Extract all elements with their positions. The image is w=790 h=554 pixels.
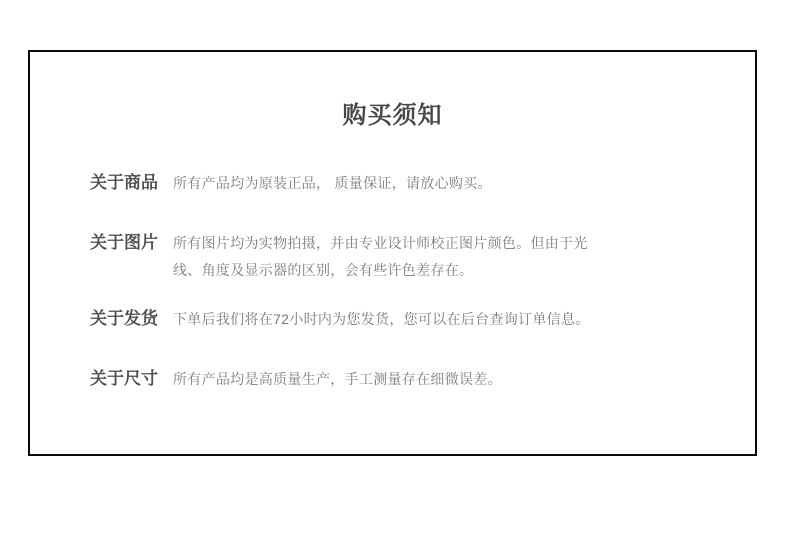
notice-row-products: 关于商品 所有产品均为原装正品， 质量保证，请放心购买。	[90, 170, 715, 197]
purchase-notice-panel: 购买须知 关于商品 所有产品均为原装正品， 质量保证，请放心购买。 关于图片 所…	[28, 50, 757, 456]
notice-text: 所有图片均为实物拍摄，并由专业设计师校正图片颜色。但由于光线、角度及显示器的区别…	[173, 230, 608, 284]
notice-text: 所有产品均是高质量生产，手工测量存在细微误差。	[173, 366, 502, 393]
notice-label: 关于图片	[90, 232, 173, 253]
notice-label: 关于商品	[90, 172, 173, 193]
panel-title: 购买须知	[30, 102, 755, 130]
notice-row-size: 关于尺寸 所有产品均是高质量生产，手工测量存在细微误差。	[90, 366, 715, 393]
notice-row-images: 关于图片 所有图片均为实物拍摄，并由专业设计师校正图片颜色。但由于光线、角度及显…	[90, 230, 715, 284]
notice-row-shipping: 关于发货 下单后我们将在72小时内为您发货，您可以在后台查询订单信息。	[90, 306, 715, 333]
notice-text: 下单后我们将在72小时内为您发货，您可以在后台查询订单信息。	[173, 306, 590, 333]
notice-text: 所有产品均为原装正品， 质量保证，请放心购买。	[173, 170, 492, 197]
notice-label: 关于尺寸	[90, 368, 173, 389]
notice-label: 关于发货	[90, 308, 173, 329]
notice-list: 关于商品 所有产品均为原装正品， 质量保证，请放心购买。 关于图片 所有图片均为…	[30, 170, 755, 393]
